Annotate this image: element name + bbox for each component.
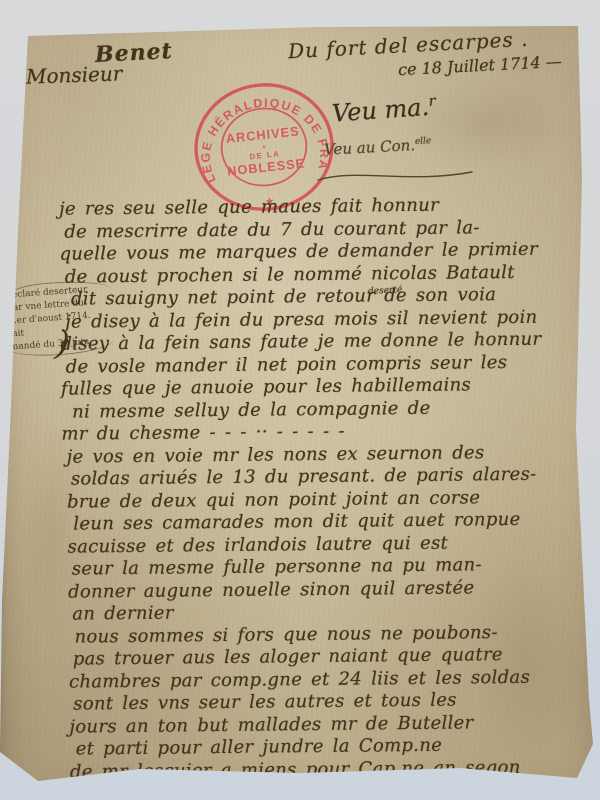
letter-paper: Benet Monsieur Du fort del escarpes . ce… <box>0 0 600 800</box>
veu-note-2: Veu au Con.elle <box>324 135 432 159</box>
stamp-center-line3: NOBLESSE <box>226 155 305 178</box>
underline-flourish <box>316 164 476 190</box>
veu-note-2-text: Veu au Con. <box>324 136 416 159</box>
veu-note-1: Veu ma.r <box>331 92 437 127</box>
stamp-center-line1: ARCHIVES <box>225 123 300 146</box>
veu-note-1-sup: r <box>428 93 436 109</box>
salutation-monsieur: Monsieur <box>26 61 123 88</box>
letter-body: je res seu selle que maues fait honnur d… <box>59 193 577 783</box>
veu-note-1-text: Veu ma. <box>331 93 430 128</box>
photo-background: Benet Monsieur Du fort del escarpes . ce… <box>0 0 600 800</box>
veu-note-2-sup: elle <box>415 136 432 147</box>
body-line: de mr lescuier a miens pour Cap.ne an se… <box>70 756 577 784</box>
